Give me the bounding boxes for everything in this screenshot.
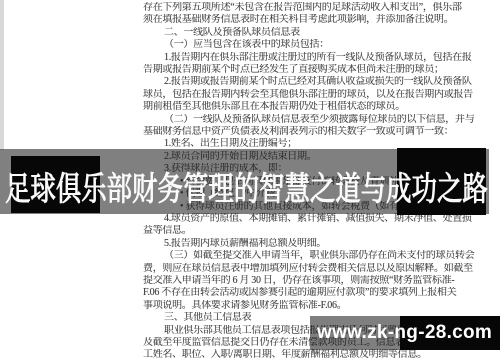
- document-line: 告期或报告期前某个时点已经发生了直接购买成本但尚未注册的球员；: [143, 64, 480, 76]
- document-line: （三）如截至提交准入申请当年，职业俱乐部仍存在尚未支付的球员转会: [143, 250, 480, 262]
- document-line: F.06 不存在由转会活动或因参赛引起的逾期应付款项”的要求填列上报相关: [143, 287, 480, 299]
- document-line: 须在填报基础财务信息表时在相关科目考虑此项影响，并添加备注说明。: [143, 14, 480, 26]
- document-line: 1.报告期内在俱乐部注册或注册过的所有一线队及预备队球员，包括在报: [143, 52, 480, 64]
- document-line: 5.报告期内球员薪酬福利总额及明细。: [143, 238, 480, 250]
- watermark-url: www.zk-ng-28.com: [317, 321, 492, 345]
- document-line: 事项说明。具体要求请参见财务监管标准-F.06。: [143, 300, 480, 312]
- document-line: （一）应当包含在该表中的球员包括：: [143, 39, 480, 51]
- document-line: 工姓名、职位、入职/离职日期、年度薪酬福利总额及明细等信息。: [143, 349, 480, 361]
- document-line: 提交准入申请当年的 6 月 30 日，仍存在该事项，则需按照“财务监管标准-: [143, 275, 480, 287]
- document-line: 存在下列第五项所述“未包含在报告范围内的足球活动收入和支出”，俱乐部: [143, 2, 480, 14]
- banner-title: 足球俱乐部财务管理的智慧之道与成功之路: [5, 170, 488, 208]
- document-line: 基础财务信息中资产负债表及利润表列示的相关数字一致或可调节一致：: [143, 126, 480, 138]
- document-line: 2.报告期或报告期前某个时点已经对其确认收益或损失的一线队及预备队: [143, 76, 480, 88]
- document-line: （二）一线队及预备队球员信息表至少须披露每位球员的以下信息，并与: [143, 114, 480, 126]
- document-page: 存在下列第五项所述“未包含在报告范围内的足球活动收入和支出”，俱乐部须在填报基础…: [0, 0, 500, 362]
- document-line: 二、一线队及预备队球员信息表: [143, 27, 480, 39]
- document-line: 期前租借至其他俱乐部且在本报告期仍处于租借状态的球员。: [143, 101, 480, 113]
- document-line: 球员，包括在报告期内转会至其他俱乐部注册的球员，以及在报告期内或报告: [143, 89, 480, 101]
- document-line: 益等信息。: [143, 225, 480, 237]
- document-line: 费，则应在球员信息表中增加填列应付转会费相关信息以及原因解释。如截至: [143, 263, 480, 275]
- page-edge-shadow: [0, 0, 4, 150]
